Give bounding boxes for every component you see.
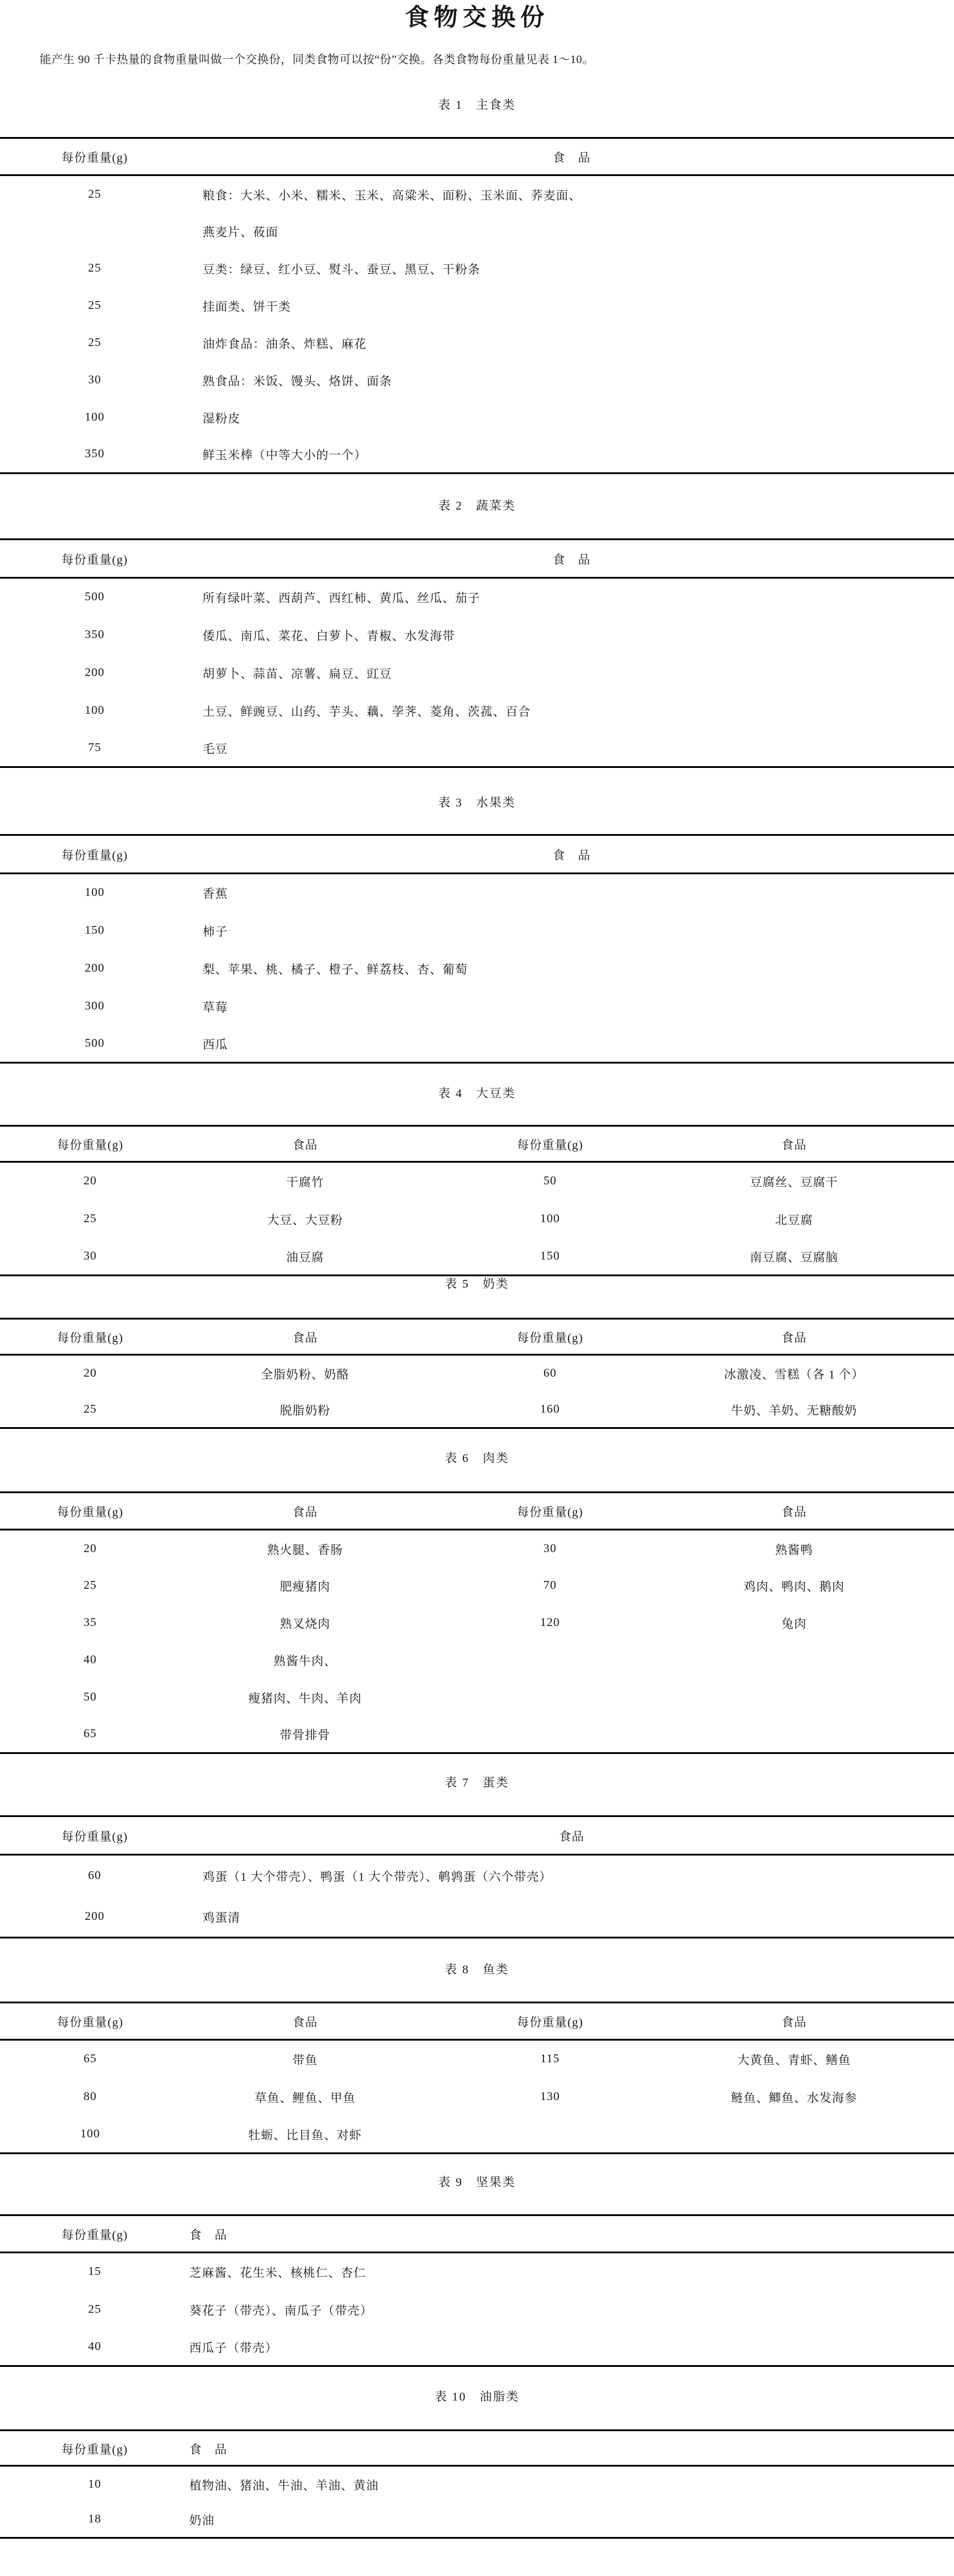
weight-cell: 115 — [430, 2040, 670, 2078]
food-header: 食品 — [670, 1319, 954, 1355]
weight-cell — [0, 213, 189, 250]
table-row: 350倭瓜、南瓜、菜花、白萝卜、青椒、水发海带 — [0, 616, 954, 654]
food-cell: 所有绿叶菜、西葫芦、西红柿、黄瓜、丝瓜、茄子 — [189, 578, 954, 616]
weight-cell: 25 — [0, 1200, 180, 1238]
food-cell — [670, 1642, 954, 1679]
data-table: 每份重量(g)食品60鸡蛋（1 大个带壳）、鸭蛋（1 大个带壳）、鹌鹑蛋（六个带… — [0, 1815, 954, 1938]
food-header: 食品 — [180, 1319, 430, 1355]
table-row: 20干腐竹50豆腐丝、豆腐干 — [0, 1162, 954, 1200]
weight-header: 每份重量(g) — [430, 2003, 670, 2040]
food-cell: 胡萝卜、蒜苗、凉薯、扁豆、豇豆 — [189, 654, 954, 692]
table-caption: 表 7 蛋类 — [0, 1775, 954, 1791]
weight-cell: 300 — [0, 987, 189, 1025]
food-header: 食品 — [180, 1126, 430, 1162]
food-cell: 鸡蛋（1 大个带壳）、鸭蛋（1 大个带壳）、鹌鹑蛋（六个带壳） — [189, 1855, 954, 1896]
header-row: 每份重量(g)食品每份重量(g)食品 — [0, 2003, 954, 2040]
weight-cell — [430, 1716, 670, 1753]
table-row: 40熟酱牛肉、 — [0, 1642, 954, 1679]
table-row: 65带鱼115大黄鱼、青虾、鳝鱼 — [0, 2040, 954, 2078]
weight-cell: 25 — [0, 324, 189, 362]
weight-cell: 500 — [0, 578, 189, 616]
data-table: 每份重量(g)食品每份重量(g)食品20全脂奶粉、奶酪60冰激凌、雪糕（各 1 … — [0, 1318, 954, 1429]
food-cell: 牡蛎、比目鱼、对虾 — [180, 2116, 430, 2154]
document-title: 食物交换份 — [0, 0, 954, 31]
weight-header: 每份重量(g) — [0, 540, 189, 578]
food-cell: 鸡蛋清 — [189, 1896, 954, 1938]
table-section-6: 表 6 肉类每份重量(g)食品每份重量(g)食品20熟火腿、香肠30熟酱鸭25肥… — [0, 1451, 954, 1754]
weight-header: 每份重量(g) — [0, 2003, 180, 2040]
weight-cell: 80 — [0, 2078, 180, 2116]
weight-header: 每份重量(g) — [0, 1493, 180, 1530]
table-row: 50瘦猪肉、牛肉、羊肉 — [0, 1679, 954, 1716]
table-row: 60鸡蛋（1 大个带壳）、鸭蛋（1 大个带壳）、鹌鹑蛋（六个带壳） — [0, 1855, 954, 1896]
table-row: 150柿子 — [0, 912, 954, 949]
table-row: 100牡蛎、比目鱼、对虾 — [0, 2116, 954, 2154]
weight-header: 每份重量(g) — [0, 138, 189, 175]
weight-cell: 150 — [0, 912, 189, 949]
weight-cell: 200 — [0, 949, 189, 987]
food-header: 食 品 — [189, 2431, 954, 2466]
food-cell: 豆类：绿豆、红小豆、熨斗、蚕豆、黑豆、干粉条 — [189, 250, 954, 287]
weight-header: 每份重量(g) — [430, 1493, 670, 1530]
weight-cell: 130 — [430, 2078, 670, 2116]
header-row: 每份重量(g)食 品 — [0, 835, 954, 874]
food-cell: 冰激凌、雪糕（各 1 个） — [670, 1355, 954, 1392]
data-table: 每份重量(g)食品每份重量(g)食品20熟火腿、香肠30熟酱鸭25肥瘦猪肉70鸡… — [0, 1491, 954, 1754]
weight-cell: 20 — [0, 1530, 180, 1567]
table-row: 25肥瘦猪肉70鸡肉、鸭肉、鹅肉 — [0, 1567, 954, 1604]
table-row: 30油豆腐150南豆腐、豆腐脑 — [0, 1238, 954, 1276]
table-row: 100香蕉 — [0, 874, 954, 912]
weight-cell: 18 — [0, 2502, 189, 2538]
weight-header: 每份重量(g) — [0, 1319, 180, 1355]
weight-cell: 100 — [0, 874, 189, 912]
food-header: 食品 — [180, 1493, 430, 1530]
food-cell: 梨、苹果、桃、橘子、橙子、鲜荔枝、杏、葡萄 — [189, 949, 954, 987]
table-section-9: 表 9 坚果类每份重量(g)食 品15芝麻酱、花生米、核桃仁、杏仁25葵花子（带… — [0, 2175, 954, 2367]
food-cell: 油豆腐 — [180, 1238, 430, 1276]
weight-header: 每份重量(g) — [430, 1126, 670, 1162]
weight-cell: 150 — [430, 1238, 670, 1276]
food-cell: 香蕉 — [189, 874, 954, 912]
table-row: 15芝麻酱、花生米、核桃仁、杏仁 — [0, 2253, 954, 2291]
table-row: 25葵花子（带壳）、南瓜子（带壳） — [0, 2291, 954, 2328]
table-row: 10植物油、猪油、牛油、羊油、黄油 — [0, 2466, 954, 2502]
table-row: 20全脂奶粉、奶酪60冰激凌、雪糕（各 1 个） — [0, 1355, 954, 1392]
table-row: 35熟叉烧肉120兔肉 — [0, 1604, 954, 1642]
data-table: 每份重量(g)食 品15芝麻酱、花生米、核桃仁、杏仁25葵花子（带壳）、南瓜子（… — [0, 2214, 954, 2367]
weight-cell: 100 — [0, 2116, 180, 2154]
header-row: 每份重量(g)食品每份重量(g)食品 — [0, 1493, 954, 1530]
table-row: 25豆类：绿豆、红小豆、熨斗、蚕豆、黑豆、干粉条 — [0, 250, 954, 287]
weight-cell: 350 — [0, 436, 189, 473]
data-table: 每份重量(g)食 品10植物油、猪油、牛油、羊油、黄油18奶油 — [0, 2429, 954, 2539]
food-cell: 湿粉皮 — [189, 399, 954, 436]
table-row: 25油炸食品：油条、炸糕、麻花 — [0, 324, 954, 362]
weight-cell — [430, 2116, 670, 2154]
weight-cell: 40 — [0, 2328, 189, 2366]
food-cell: 熟火腿、香肠 — [180, 1530, 430, 1567]
data-table: 每份重量(g)食品每份重量(g)食品20干腐竹50豆腐丝、豆腐干25大豆、大豆粉… — [0, 1125, 954, 1276]
weight-cell: 65 — [0, 2040, 180, 2078]
table-row: 25粮食：大米、小米、糯米、玉米、高粱米、面粉、玉米面、荞麦面、 — [0, 175, 954, 213]
food-cell: 植物油、猪油、牛油、羊油、黄油 — [189, 2466, 954, 2502]
weight-cell: 15 — [0, 2253, 189, 2291]
table-caption: 表 1 主食类 — [0, 97, 954, 113]
food-cell: 全脂奶粉、奶酪 — [180, 1355, 430, 1392]
header-row: 每份重量(g)食品每份重量(g)食品 — [0, 1319, 954, 1355]
data-table: 每份重量(g)食品每份重量(g)食品65带鱼115大黄鱼、青虾、鳝鱼80草鱼、鲤… — [0, 2002, 954, 2154]
weight-cell — [430, 1642, 670, 1679]
weight-cell: 25 — [0, 2291, 189, 2328]
table-caption: 表 9 坚果类 — [0, 2175, 954, 2190]
table-section-3: 表 3 水果类每份重量(g)食 品100香蕉150柿子200梨、苹果、桃、橘子、… — [0, 795, 954, 1064]
table-row: 80草鱼、鲤鱼、甲鱼130鲢鱼、鲫鱼、水发海参 — [0, 2078, 954, 2116]
weight-cell: 30 — [430, 1530, 670, 1567]
food-cell: 熟食品：米饭、馒头、烙饼、面条 — [189, 362, 954, 399]
weight-cell: 25 — [0, 1392, 180, 1428]
food-header: 食品 — [180, 2003, 430, 2040]
table-row: 100湿粉皮 — [0, 399, 954, 436]
table-row: 65带骨排骨 — [0, 1716, 954, 1753]
table-row: 500所有绿叶菜、西葫芦、西红柿、黄瓜、丝瓜、茄子 — [0, 578, 954, 616]
food-cell — [670, 2116, 954, 2154]
food-cell: 干腐竹 — [180, 1162, 430, 1200]
data-table: 每份重量(g)食 品100香蕉150柿子200梨、苹果、桃、橘子、橙子、鲜荔枝、… — [0, 834, 954, 1064]
table-section-5: 表 5 奶类每份重量(g)食品每份重量(g)食品20全脂奶粉、奶酪60冰激凌、雪… — [0, 1276, 954, 1429]
weight-cell: 70 — [430, 1567, 670, 1604]
header-row: 每份重量(g)食品每份重量(g)食品 — [0, 1126, 954, 1162]
weight-cell: 50 — [430, 1162, 670, 1200]
table-section-1: 表 1 主食类每份重量(g)食 品25粮食：大米、小米、糯米、玉米、高粱米、面粉… — [0, 97, 954, 474]
table-row: 25大豆、大豆粉100北豆腐 — [0, 1200, 954, 1238]
weight-cell: 10 — [0, 2466, 189, 2502]
weight-cell: 40 — [0, 1642, 180, 1679]
weight-cell: 500 — [0, 1025, 189, 1063]
table-row: 25脱脂奶粉160牛奶、羊奶、无糖酸奶 — [0, 1392, 954, 1428]
weight-cell — [430, 1679, 670, 1716]
table-row: 40西瓜子（带壳） — [0, 2328, 954, 2366]
weight-cell: 25 — [0, 250, 189, 287]
food-header: 食 品 — [189, 540, 954, 578]
table-row: 75毛豆 — [0, 729, 954, 767]
food-cell: 土豆、鲜豌豆、山药、芋头、藕、荸荠、菱角、茨菰、百合 — [189, 692, 954, 729]
header-row: 每份重量(g)食 品 — [0, 2431, 954, 2466]
food-cell — [670, 1716, 954, 1753]
food-cell: 毛豆 — [189, 729, 954, 767]
food-cell: 粮食：大米、小米、糯米、玉米、高粱米、面粉、玉米面、荞麦面、 — [189, 175, 954, 213]
food-cell: 倭瓜、南瓜、菜花、白萝卜、青椒、水发海带 — [189, 616, 954, 654]
weight-header: 每份重量(g) — [430, 1319, 670, 1355]
food-cell: 鸡肉、鸭肉、鹅肉 — [670, 1567, 954, 1604]
weight-header: 每份重量(g) — [0, 1816, 189, 1855]
food-cell: 兔肉 — [670, 1604, 954, 1642]
food-header: 食品 — [189, 1816, 954, 1855]
food-cell: 奶油 — [189, 2502, 954, 2538]
header-row: 每份重量(g)食 品 — [0, 540, 954, 578]
food-cell: 牛奶、羊奶、无糖酸奶 — [670, 1392, 954, 1428]
weight-cell: 65 — [0, 1716, 180, 1753]
food-cell: 带鱼 — [180, 2040, 430, 2078]
table-row: 200鸡蛋清 — [0, 1896, 954, 1938]
weight-cell: 60 — [430, 1355, 670, 1392]
weight-cell: 200 — [0, 1896, 189, 1938]
table-section-8: 表 8 鱼类每份重量(g)食品每份重量(g)食品65带鱼115大黄鱼、青虾、鳝鱼… — [0, 1962, 954, 2154]
weight-cell: 100 — [0, 399, 189, 436]
table-caption: 表 2 蔬菜类 — [0, 498, 954, 514]
food-cell: 葵花子（带壳）、南瓜子（带壳） — [189, 2291, 954, 2328]
food-cell: 熟酱鸭 — [670, 1530, 954, 1567]
table-section-2: 表 2 蔬菜类每份重量(g)食 品500所有绿叶菜、西葫芦、西红柿、黄瓜、丝瓜、… — [0, 498, 954, 768]
data-table: 每份重量(g)食 品25粮食：大米、小米、糯米、玉米、高粱米、面粉、玉米面、荞麦… — [0, 137, 954, 474]
weight-cell: 100 — [430, 1200, 670, 1238]
weight-header: 每份重量(g) — [0, 835, 189, 874]
table-section-10: 表 10 油脂类每份重量(g)食 品10植物油、猪油、牛油、羊油、黄油18奶油 — [0, 2389, 954, 2539]
table-caption: 表 4 大豆类 — [0, 1086, 954, 1101]
weight-cell: 100 — [0, 692, 189, 729]
weight-cell: 25 — [0, 287, 189, 324]
data-table: 每份重量(g)食 品500所有绿叶菜、西葫芦、西红柿、黄瓜、丝瓜、茄子350倭瓜… — [0, 538, 954, 768]
table-row: 200胡萝卜、蒜苗、凉薯、扁豆、豇豆 — [0, 654, 954, 692]
weight-header: 每份重量(g) — [0, 1126, 180, 1162]
food-cell: 西瓜子（带壳） — [189, 2328, 954, 2366]
weight-cell: 25 — [0, 175, 189, 213]
weight-cell: 75 — [0, 729, 189, 767]
table-row: 500西瓜 — [0, 1025, 954, 1063]
table-row: 20熟火腿、香肠30熟酱鸭 — [0, 1530, 954, 1567]
food-cell: 豆腐丝、豆腐干 — [670, 1162, 954, 1200]
food-cell: 草莓 — [189, 987, 954, 1025]
weight-cell: 35 — [0, 1604, 180, 1642]
food-header: 食品 — [670, 2003, 954, 2040]
table-row: 18奶油 — [0, 2502, 954, 2538]
food-cell: 西瓜 — [189, 1025, 954, 1063]
weight-cell: 120 — [430, 1604, 670, 1642]
weight-header: 每份重量(g) — [0, 2215, 189, 2253]
food-cell: 熟酱牛肉、 — [180, 1642, 430, 1679]
food-header: 食 品 — [189, 138, 954, 175]
food-cell: 鲜玉米棒（中等大小的一个） — [189, 436, 954, 473]
food-cell: 草鱼、鲤鱼、甲鱼 — [180, 2078, 430, 2116]
food-cell: 芝麻酱、花生米、核桃仁、杏仁 — [189, 2253, 954, 2291]
food-cell: 带骨排骨 — [180, 1716, 430, 1753]
food-cell — [670, 1679, 954, 1716]
table-section-7: 表 7 蛋类每份重量(g)食品60鸡蛋（1 大个带壳）、鸭蛋（1 大个带壳）、鹌… — [0, 1775, 954, 1938]
weight-cell: 200 — [0, 654, 189, 692]
weight-cell: 20 — [0, 1162, 180, 1200]
food-cell: 肥瘦猪肉 — [180, 1567, 430, 1604]
food-cell: 柿子 — [189, 912, 954, 949]
food-header: 食 品 — [189, 2215, 954, 2253]
table-row: 200梨、苹果、桃、橘子、橙子、鲜荔枝、杏、葡萄 — [0, 949, 954, 987]
intro-text: 能产生 90 千卡热量的食物重量叫做一个交换份，同类食物可以按“份”交换。各类食… — [40, 53, 912, 67]
table-caption: 表 3 水果类 — [0, 795, 954, 811]
food-cell: 挂面类、饼干类 — [189, 287, 954, 324]
page: { "page": { "title": "食物交换份", "intro": "… — [0, 0, 954, 2576]
weight-cell: 30 — [0, 362, 189, 399]
weight-cell: 25 — [0, 1567, 180, 1604]
food-cell: 熟叉烧肉 — [180, 1604, 430, 1642]
food-cell: 大豆、大豆粉 — [180, 1200, 430, 1238]
food-cell: 大黄鱼、青虾、鳝鱼 — [670, 2040, 954, 2078]
weight-header: 每份重量(g) — [0, 2431, 189, 2466]
table-row: 300草莓 — [0, 987, 954, 1025]
food-header: 食 品 — [189, 835, 954, 874]
weight-cell: 20 — [0, 1355, 180, 1392]
table-row: 350鲜玉米棒（中等大小的一个） — [0, 436, 954, 473]
table-caption: 表 10 油脂类 — [0, 2389, 954, 2405]
weight-cell: 160 — [430, 1392, 670, 1428]
food-cell: 鲢鱼、鲫鱼、水发海参 — [670, 2078, 954, 2116]
header-row: 每份重量(g)食 品 — [0, 138, 954, 175]
weight-cell: 50 — [0, 1679, 180, 1716]
table-caption: 表 8 鱼类 — [0, 1962, 954, 1978]
table-caption: 表 5 奶类 — [0, 1276, 954, 1292]
table-row: 30熟食品：米饭、馒头、烙饼、面条 — [0, 362, 954, 399]
food-cell: 燕麦片、莜面 — [189, 213, 954, 250]
food-header: 食品 — [670, 1126, 954, 1162]
food-cell: 脱脂奶粉 — [180, 1392, 430, 1428]
table-caption: 表 6 肉类 — [0, 1451, 954, 1466]
weight-cell: 350 — [0, 616, 189, 654]
table-row: 燕麦片、莜面 — [0, 213, 954, 250]
table-section-4: 表 4 大豆类每份重量(g)食品每份重量(g)食品20干腐竹50豆腐丝、豆腐干2… — [0, 1086, 954, 1276]
table-row: 25挂面类、饼干类 — [0, 287, 954, 324]
weight-cell: 60 — [0, 1855, 189, 1896]
header-row: 每份重量(g)食 品 — [0, 2215, 954, 2253]
food-cell: 瘦猪肉、牛肉、羊肉 — [180, 1679, 430, 1716]
document-body: 表 1 主食类每份重量(g)食 品25粮食：大米、小米、糯米、玉米、高粱米、面粉… — [0, 97, 954, 2539]
food-cell: 北豆腐 — [670, 1200, 954, 1238]
food-cell: 南豆腐、豆腐脑 — [670, 1238, 954, 1276]
weight-cell: 30 — [0, 1238, 180, 1276]
food-header: 食品 — [670, 1493, 954, 1530]
header-row: 每份重量(g)食品 — [0, 1816, 954, 1855]
table-row: 100土豆、鲜豌豆、山药、芋头、藕、荸荠、菱角、茨菰、百合 — [0, 692, 954, 729]
food-cell: 油炸食品：油条、炸糕、麻花 — [189, 324, 954, 362]
